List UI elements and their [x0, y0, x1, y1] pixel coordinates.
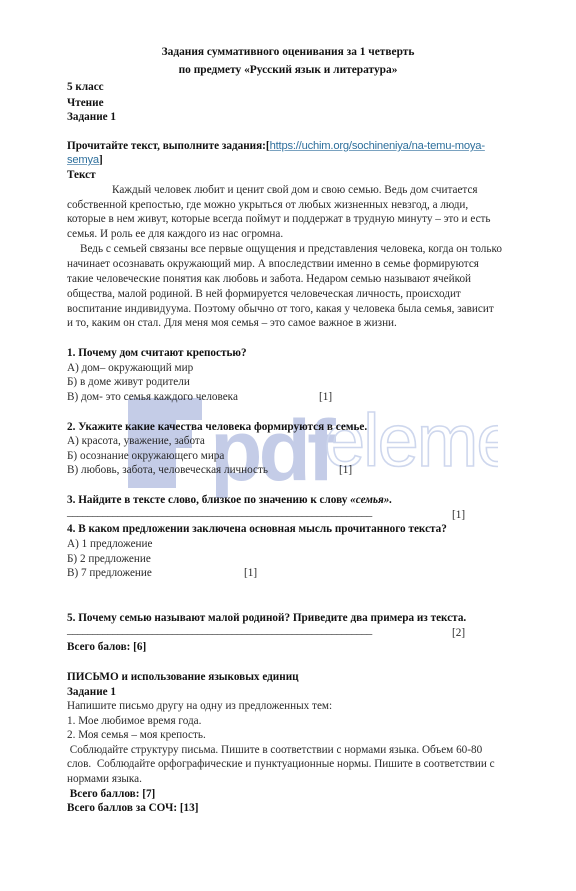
q4-score: [1]: [244, 566, 257, 581]
writing-rules-line: Соблюдайте структуру письма. Пишите в со…: [67, 743, 482, 758]
q1-option-c: В) дом- это семья каждого человека: [67, 390, 238, 405]
text-p1-line: Каждый человек любит и ценит свой дом и …: [112, 183, 478, 198]
text-p2-line: и то, каким он стал. Для меня моя семья …: [67, 316, 397, 331]
grand-total: Всего баллов за СОЧ: [13]: [67, 801, 198, 816]
q3-answer-line[interactable]: ________________________________________…: [67, 505, 372, 520]
section-reading-label: Чтение: [67, 96, 104, 111]
q4-option-a: А) 1 предложение: [67, 537, 152, 552]
writing-total: Всего баллов: [7]: [67, 787, 155, 802]
text-p2-line: воспитание индивидуума. Поэтому обычно о…: [67, 302, 494, 317]
q1-option-b: Б) в доме живут родители: [67, 375, 190, 390]
instruction-line-2: semya]: [67, 153, 103, 168]
writing-prompt: Напишите письмо другу на одну из предлож…: [67, 699, 332, 714]
question-1: 1. Почему дом считают крепостью?: [67, 346, 247, 361]
q4-option-b: Б) 2 предложение: [67, 552, 151, 567]
watermark-pdf-text: pdf: [210, 403, 336, 499]
q2-option-b: Б) осознание окружающего мира: [67, 449, 224, 464]
writing-rules-line: нормами языка.: [67, 772, 142, 787]
text-p2-line: Ведь с семьей связаны все первые ощущени…: [80, 242, 502, 257]
q2-option-a: А) красота, уважение, забота: [67, 434, 205, 449]
instruction-text: Прочитайте текст, выполните задания:: [67, 140, 266, 152]
q5-answer-line[interactable]: ________________________________________…: [67, 623, 372, 638]
writing-topic-2: 2. Моя семья – моя крепость.: [67, 728, 206, 743]
document-title-line2: по предмету «Русский язык и литература»: [0, 63, 576, 78]
writing-heading: ПИСЬМО и использование языковых единиц: [67, 670, 299, 685]
writing-rules-line: слов. Соблюдайте орфографические и пункт…: [67, 757, 495, 772]
q2-score: [1]: [339, 463, 352, 478]
question-2: 2. Укажите какие качества человека форми…: [67, 420, 367, 435]
q4-option-c: В) 7 предложение: [67, 566, 152, 581]
task-label: Задание 1: [67, 110, 116, 125]
text-heading: Текст: [67, 168, 96, 183]
text-p2-line: общества, малой родиной. В ней формирует…: [67, 287, 461, 302]
text-p1-line: которые в нем живут, которые всегда пойм…: [67, 212, 491, 227]
q2-option-c: В) любовь, забота, человеческая личность: [67, 463, 268, 478]
instruction-line: Прочитайте текст, выполните задания:[htt…: [67, 139, 485, 154]
q3-score: [1]: [452, 508, 465, 523]
text-p2-line: такие человеческие понятия как любовь и …: [67, 272, 471, 287]
grade-label: 5 класс: [67, 80, 104, 95]
source-link[interactable]: https://uchim.org/sochineniya/na-temu-mo…: [270, 140, 485, 152]
text-p2-line: начинает осознавать окружающий мир. А вп…: [67, 257, 479, 272]
document-page: Задания суммативного оценивания за 1 чет…: [0, 0, 576, 891]
writing-topic-1: 1. Мое любимое время года.: [67, 714, 201, 729]
reading-total: Всего балов: [6]: [67, 640, 146, 655]
q5-score: [2]: [452, 626, 465, 641]
text-p1-line: собственной крепостью, где можно укрытьс…: [67, 198, 468, 213]
q1-option-a: А) дом– окружающий мир: [67, 361, 193, 376]
writing-task-label: Задание 1: [67, 685, 116, 700]
text-p1-line: семья. И роль ее для каждого из нас огро…: [67, 227, 283, 242]
source-link-continued[interactable]: semya: [67, 154, 99, 166]
bracket-close: ]: [99, 154, 103, 166]
document-title-line1: Задания суммативного оценивания за 1 чет…: [0, 45, 576, 60]
q1-score: [1]: [319, 390, 332, 405]
question-4: 4. В каком предложении заключена основна…: [67, 522, 447, 537]
